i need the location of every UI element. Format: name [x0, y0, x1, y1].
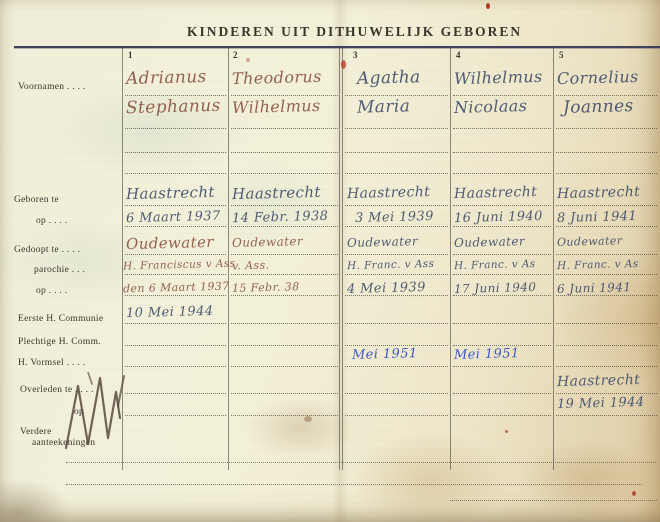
grid-line — [556, 226, 657, 227]
stain-spot — [304, 416, 312, 422]
label-geboren-te: Geboren te — [14, 195, 59, 205]
entry-col2-parochie: v. Ass. — [232, 260, 270, 272]
entry-col4-voornaam-1: Wilhelmus — [454, 69, 543, 87]
entry-col3-geboren-op: 3 Mei 1939 — [355, 210, 434, 225]
grid-line — [345, 274, 448, 275]
label-gedoopt-op: op . . . . — [36, 286, 68, 296]
page-title-right: HUWELIJK GEBOREN — [345, 24, 522, 40]
grid-line — [450, 48, 451, 470]
grid-line — [125, 274, 226, 275]
grid-line — [345, 415, 448, 416]
grid-line — [231, 415, 338, 416]
grid-line — [453, 173, 551, 174]
entry-col3-gedoopt-te: Oudewater — [347, 235, 418, 249]
header-rule — [14, 46, 660, 48]
grid-line — [345, 254, 448, 255]
entry-col2-gedoopt-te: Oudewater — [232, 235, 303, 249]
entry-col1-gedoopt-op: den 6 Maart 1937 — [123, 281, 230, 295]
grid-line — [453, 393, 551, 394]
column-number-3: 3 — [353, 50, 358, 60]
grid-line — [125, 323, 226, 324]
entry-col1-parochie: H. Franciscus v Ass — [123, 259, 236, 272]
entry-col4-geboren-te: Haastrecht — [454, 185, 538, 201]
entry-col5-geboren-op: 8 Juni 1941 — [557, 210, 637, 225]
entry-col3-parochie: H. Franc. v Ass — [347, 259, 435, 272]
entry-col3-gedoopt-op: 4 Mei 1939 — [347, 281, 426, 296]
entry-col5-gedoopt-te: Oudewater — [557, 235, 623, 248]
label-verdere: Verdere — [20, 427, 52, 437]
ink-speck — [246, 58, 250, 62]
grid-line — [66, 462, 656, 463]
entry-col3-voornaam-2: Maria — [357, 98, 411, 116]
grid-line — [339, 48, 340, 470]
grid-line — [125, 173, 226, 174]
grid-line — [453, 323, 551, 324]
register-page: KINDEREN UIT DIT HUWELIJK GEBOREN Voorna… — [0, 0, 660, 522]
grid-line — [556, 366, 657, 367]
entry-col1-geboren-te: Haastrecht — [126, 185, 215, 202]
entry-col1-communie: 10 Mei 1944 — [126, 305, 214, 320]
grid-line — [231, 366, 338, 367]
grid-line — [231, 393, 338, 394]
grid-line — [556, 393, 657, 394]
grid-line — [345, 205, 448, 206]
entry-col1-voornaam-2: Stephanus — [126, 98, 221, 117]
grid-line — [453, 274, 551, 275]
grid-line — [231, 323, 338, 324]
grid-line — [453, 254, 551, 255]
entry-col5-geboren-te: Haastrecht — [557, 185, 641, 201]
ink-speck — [632, 491, 636, 496]
grid-line — [231, 226, 338, 227]
entry-col5-voornaam-1: Cornelius — [557, 69, 639, 87]
grid-line — [125, 254, 226, 255]
grid-line — [453, 152, 551, 153]
grid-line — [453, 205, 551, 206]
grid-line — [125, 152, 226, 153]
entry-col4-voornaam-2: Nicolaas — [454, 98, 528, 116]
grid-line — [125, 128, 226, 129]
column-number-1: 1 — [128, 50, 133, 60]
column-number-2: 2 — [233, 50, 238, 60]
ink-speck — [505, 430, 508, 433]
grid-line — [345, 393, 448, 394]
label-parochie: parochie . . . — [34, 265, 85, 275]
entry-col3-vormsel: Mei 1951 — [352, 347, 418, 362]
grid-line — [556, 205, 657, 206]
grid-line — [345, 226, 448, 227]
grid-line — [556, 128, 657, 129]
entry-col1-voornaam-1: Adrianus — [126, 69, 207, 88]
grid-line — [125, 226, 226, 227]
entry-col4-geboren-op: 16 Juni 1940 — [454, 210, 543, 225]
entry-col2-voornaam-2: Wilhelmus — [232, 98, 321, 116]
grid-line — [125, 295, 226, 296]
grid-line — [345, 366, 448, 367]
label-vormsel: H. Vormsel . . . . — [18, 358, 85, 368]
grid-line — [553, 48, 554, 470]
entry-col2-gedoopt-op: 15 Febr. 38 — [232, 281, 300, 294]
grid-line — [453, 415, 551, 416]
grid-line — [125, 205, 226, 206]
grid-line — [345, 323, 448, 324]
column-number-5: 5 — [559, 50, 564, 60]
entry-col1-geboren-op: 6 Maart 1937 — [126, 210, 221, 225]
grid-line — [556, 345, 657, 346]
label-voornamen: Voornamen . . . . — [18, 82, 86, 92]
grid-line — [231, 152, 338, 153]
label-geboren-op: op . . . . — [36, 216, 68, 226]
grid-line — [556, 274, 657, 275]
entry-col5-voornaam-2: Joannes — [563, 98, 634, 117]
ink-speck — [341, 60, 346, 69]
ink-speck — [486, 3, 490, 9]
grid-line — [556, 415, 657, 416]
label-plechtige-comm: Plechtige H. Comm. — [18, 337, 101, 347]
grid-line — [231, 345, 338, 346]
grid-line — [556, 173, 657, 174]
grid-line — [231, 295, 338, 296]
grid-line — [450, 500, 657, 501]
label-eerste-communie: Eerste H. Communie — [18, 314, 103, 324]
grid-line — [66, 484, 642, 485]
entry-col4-vormsel: Mei 1951 — [454, 347, 520, 362]
grid-line — [556, 152, 657, 153]
page-title-left: KINDEREN UIT DIT — [187, 24, 346, 40]
grid-line — [342, 48, 343, 470]
grid-line — [231, 173, 338, 174]
grid-line — [556, 254, 657, 255]
entry-col5-parochie: H. Franc. v As — [557, 259, 639, 272]
grid-line — [125, 345, 226, 346]
grid-line — [556, 323, 657, 324]
entry-col4-parochie: H. Franc. v As — [454, 259, 536, 272]
column-number-4: 4 — [456, 50, 461, 60]
entry-col2-geboren-op: 14 Febr. 1938 — [232, 210, 329, 226]
entry-col5-overleden-te: Haastrecht — [557, 373, 641, 389]
entry-col1-gedoopt-te: Oudewater — [126, 235, 214, 252]
grid-line — [231, 254, 338, 255]
grid-line — [345, 173, 448, 174]
grid-line — [231, 205, 338, 206]
entry-col5-gedoopt-op: 6 Juni 1941 — [557, 281, 632, 295]
entry-col4-gedoopt-op: 17 Juni 1940 — [454, 281, 537, 295]
grid-line — [453, 226, 551, 227]
entry-col4-gedoopt-te: Oudewater — [454, 235, 525, 249]
grid-line — [231, 128, 338, 129]
entry-col5-overleden-op: 19 Mei 1944 — [557, 396, 645, 411]
grid-line — [345, 152, 448, 153]
label-gedoopt-te: Gedoopt te . . . . — [14, 245, 80, 255]
grid-line — [453, 128, 551, 129]
grid-line — [345, 128, 448, 129]
grid-line — [125, 366, 226, 367]
grid-line — [231, 274, 338, 275]
entry-col2-geboren-te: Haastrecht — [232, 185, 321, 202]
entry-col2-voornaam-1: Theodorus — [232, 69, 322, 87]
ink-scrawl — [58, 372, 148, 452]
grid-line — [453, 366, 551, 367]
entry-col3-voornaam-1: Agatha — [357, 69, 421, 88]
entry-col3-geboren-te: Haastrecht — [347, 185, 431, 201]
